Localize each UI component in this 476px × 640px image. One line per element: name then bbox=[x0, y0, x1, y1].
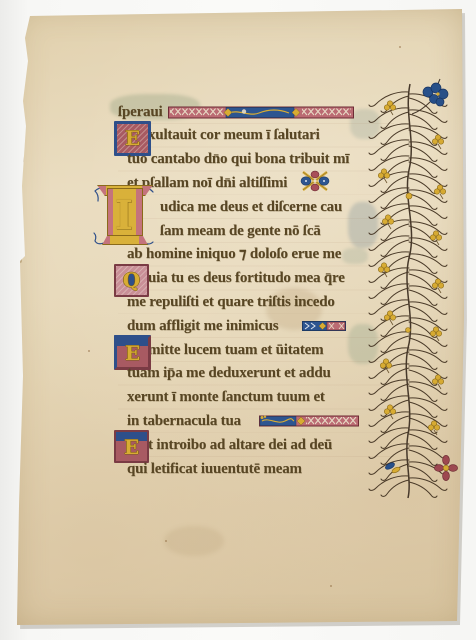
line-text: tuo cantabo dn̄o qui bona tribuit mī bbox=[127, 152, 349, 167]
red-flower bbox=[434, 455, 457, 480]
line-text: t introibo ad altare dei ad deū bbox=[148, 438, 332, 453]
marginal-vine-decoration bbox=[350, 78, 468, 514]
line-text: ab homine iniquo ⁊ doloſo erue me bbox=[127, 247, 341, 262]
ink-speck bbox=[330, 585, 332, 587]
ink-speck bbox=[88, 350, 90, 352]
blue-flower bbox=[412, 79, 448, 114]
line-filler-bar bbox=[168, 106, 354, 119]
gold-bud bbox=[406, 328, 411, 333]
ink-speck bbox=[399, 46, 401, 48]
line-text: tuam ip̄a me deduxerunt et addu bbox=[127, 366, 331, 381]
line-filler-bar bbox=[259, 415, 359, 427]
edge-nick bbox=[18, 254, 22, 263]
line-filler-bar bbox=[302, 321, 346, 331]
photo-backdrop: ſperaui E xultauit cor meum ī ſalutari bbox=[0, 0, 476, 640]
blue-gold-leaf bbox=[384, 461, 401, 474]
line-text: in tabernacula tua bbox=[127, 414, 241, 429]
catchword: ſperaui bbox=[118, 105, 162, 120]
flower-line-filler bbox=[299, 169, 331, 193]
corner-damage-mark bbox=[14, 23, 24, 36]
brown-stain bbox=[164, 526, 224, 556]
line-text: udica me deus et diſcerne cau bbox=[160, 200, 342, 215]
ink-speck bbox=[165, 540, 167, 542]
line-text: ſam meam de gente nō ſcā bbox=[160, 224, 321, 239]
line-text: me repuliſti et quare triſtis incedo bbox=[127, 295, 335, 310]
line-text: mitte lucem tuam et ūitatem bbox=[148, 343, 323, 358]
line-text: xerunt ī monte ſanctum tuum et bbox=[127, 390, 325, 405]
line-text: xultauit cor meum ī ſalutari bbox=[148, 128, 320, 143]
edge-nick bbox=[20, 154, 24, 163]
line-text: qui letificat iuuentutē meam bbox=[127, 462, 302, 477]
manuscript-leaf: ſperaui E xultauit cor meum ī ſalutari bbox=[14, 6, 466, 630]
gold-bud bbox=[406, 193, 412, 199]
line-text: uia tu es deus fortitudo mea q̄re bbox=[148, 271, 345, 286]
line-text: dum affligit me inimicus bbox=[127, 319, 278, 334]
